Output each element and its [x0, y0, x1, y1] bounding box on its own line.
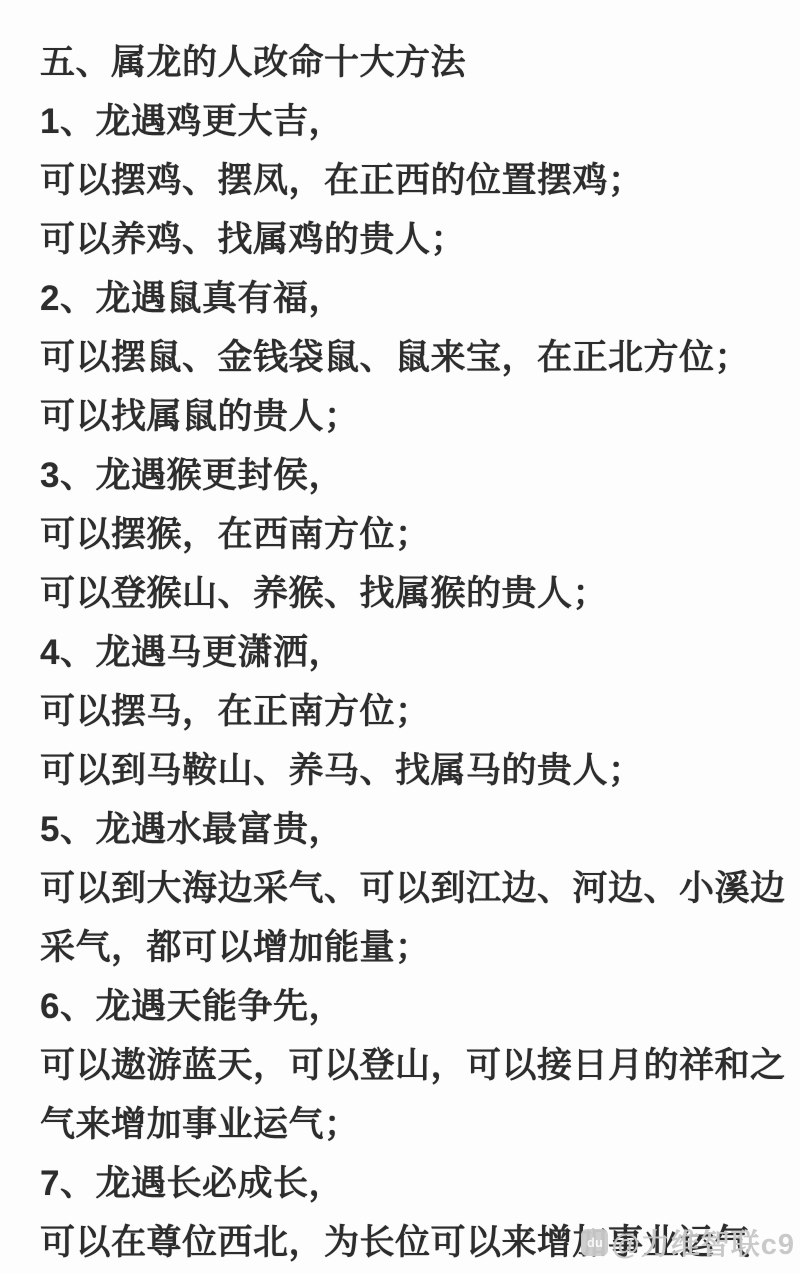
method-5-detail: 可以到大海边采气、可以到江边、河边、小溪边	[40, 859, 770, 918]
method-4-heading: 4、龙遇马更潇洒，	[40, 623, 770, 682]
method-2-detail: 可以找属鼠的贵人；	[40, 387, 770, 446]
document-content: 五、属龙的人改命十大方法 1、龙遇鸡更大吉， 可以摆鸡、摆凤，在正西的位置摆鸡；…	[0, 0, 800, 1272]
method-1-detail: 可以摆鸡、摆凤，在正西的位置摆鸡；	[40, 151, 770, 210]
method-2-detail: 可以摆鼠、金钱袋鼠、鼠来宝，在正北方位；	[40, 328, 770, 387]
method-3-detail: 可以登猴山、养猴、找属猴的贵人；	[40, 564, 770, 623]
method-1-detail: 可以养鸡、找属鸡的贵人；	[40, 210, 770, 269]
method-7-heading: 7、龙遇长必成长，	[40, 1154, 770, 1213]
method-3-heading: 3、龙遇猴更封侯，	[40, 446, 770, 505]
method-5-detail: 采气，都可以增加能量；	[40, 918, 770, 977]
method-4-detail: 可以摆马，在正南方位；	[40, 682, 770, 741]
method-7-detail: 可以在尊位西北，为长位可以来增加事业运气	[40, 1213, 770, 1272]
method-2-heading: 2、龙遇鼠真有福，	[40, 269, 770, 328]
method-4-detail: 可以到马鞍山、养马、找属马的贵人；	[40, 741, 770, 800]
method-3-detail: 可以摆猴，在西南方位；	[40, 505, 770, 564]
document-page: 五、属龙的人改命十大方法 1、龙遇鸡更大吉， 可以摆鸡、摆凤，在正西的位置摆鸡；…	[0, 0, 800, 1273]
method-6-detail: 可以遨游蓝天，可以登山，可以接日月的祥和之	[40, 1036, 770, 1095]
page-title: 五、属龙的人改命十大方法	[40, 33, 770, 92]
method-1-heading: 1、龙遇鸡更大吉，	[40, 92, 770, 151]
method-5-heading: 5、龙遇水最富贵，	[40, 800, 770, 859]
method-6-heading: 6、龙遇天能争先，	[40, 977, 770, 1036]
method-6-detail: 气来增加事业运气；	[40, 1095, 770, 1154]
